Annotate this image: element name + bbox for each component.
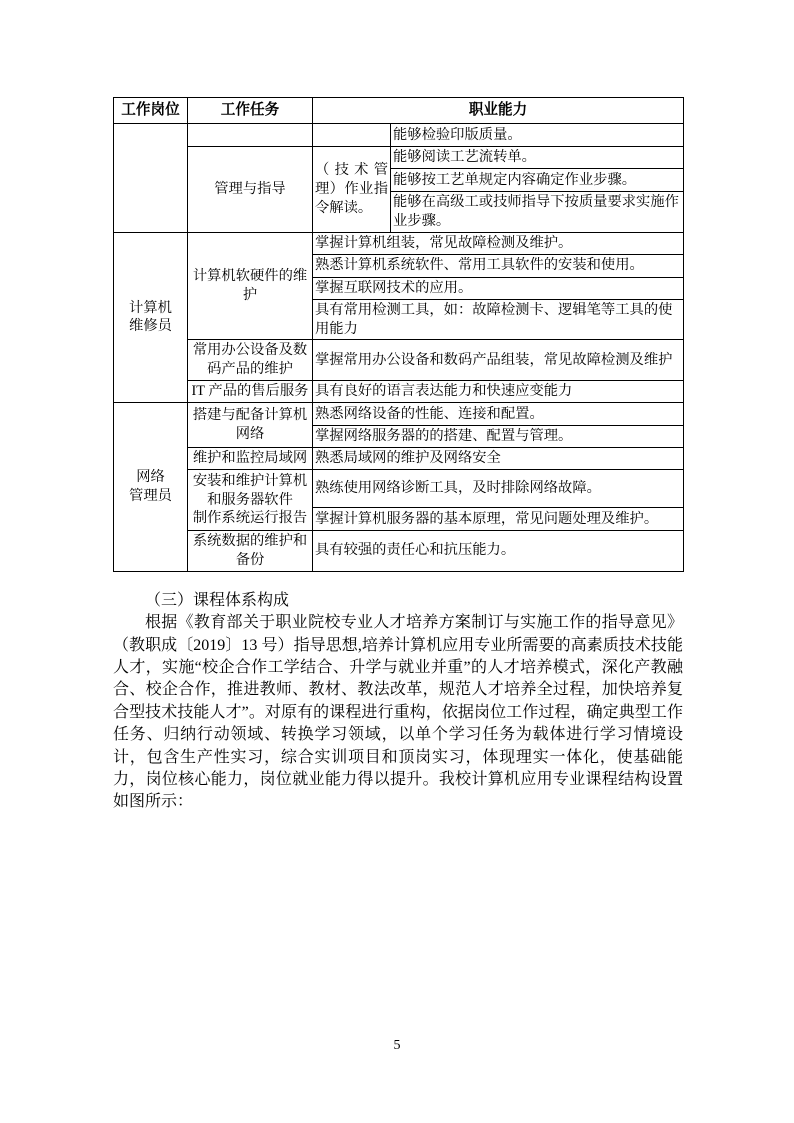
task-cell: 维护和监控局域网 [188,448,313,470]
task-cell: 系统数据的维护和备份 [188,531,313,572]
position-cell-network: 网络 管理员 [114,403,188,572]
table-row: 维护和监控局域网 熟悉局域网的维护及网络安全 [114,448,684,470]
ability-cell: 熟悉网络设备的性能、连接和配置。 [313,403,684,426]
ability-cell: 掌握互联网技术的应用。 [313,277,684,299]
table-header-row: 工作岗位 工作任务 职业能力 [114,98,684,124]
ability-cell: 具有良好的语言表达能力和快速应变能力 [313,381,684,403]
ability-cell: 熟悉局域网的维护及网络安全 [313,448,684,470]
task-cell: 管理与指导 [188,147,313,233]
ability-cell: 具有常用检测工具，如：故障检测卡、逻辑笔等工具的使用能力 [313,299,684,340]
table-row: 管理与指导 （技术管理）作业指令解读。 能够阅读工艺流转单。 [114,147,684,169]
table-row: 安装和维护计算机和服务器软件 制作系统运行报告 熟练使用网络诊断工具，及时排除网… [114,470,684,508]
header-ability: 职业能力 [313,98,684,124]
ability-cell: 掌握常用办公设备和数码产品组装，常见故障检测及维护 [313,340,684,381]
task-cell: 安装和维护计算机和服务器软件 制作系统运行报告 [188,470,313,531]
jobs-table: 工作岗位 工作任务 职业能力 能够检验印版质量。 管理与指导 （技术管理）作业指… [113,97,684,572]
table-row: 常用办公设备及数码产品的维护 掌握常用办公设备和数码产品组装，常见故障检测及维护 [114,340,684,381]
position-line: 维修员 [116,317,185,336]
task-line: 安装和维护计算机和服务器软件 [190,472,310,510]
ability-cell: 掌握计算机服务器的基本原理，常见问题处理及维护。 [313,508,684,531]
table-row: IT 产品的售后服务 具有良好的语言表达能力和快速应变能力 [114,381,684,403]
ability-cell: 能够按工艺单规定内容确定作业步骤。 [391,169,684,192]
header-position: 工作岗位 [114,98,188,124]
ability-cell: 熟悉计算机系统软件、常用工具软件的安装和使用。 [313,254,684,277]
table-row: 计算机 维修员 计算机软硬件的维护 掌握计算机组装，常见故障检测及维护。 [114,232,684,254]
ability-cell: 掌握计算机组装，常见故障检测及维护。 [313,232,684,254]
task-cell: IT 产品的售后服务 [188,381,313,403]
task-line: 制作系统运行报告 [190,509,310,528]
position-cell-empty [114,124,188,233]
body-paragraph: 根据《教育部关于职业院校专业人才培养方案制订与实施工作的指导意见》（教职成〔20… [113,612,683,814]
subtask-cell: （技术管理）作业指令解读。 [313,147,391,233]
task-cell: 计算机软硬件的维护 [188,232,313,340]
table-row: 能够检验印版质量。 [114,124,684,147]
task-cell: 常用办公设备及数码产品的维护 [188,340,313,381]
position-line: 计算机 [116,299,185,318]
position-line: 网络 [116,468,185,487]
ability-cell: 能够阅读工艺流转单。 [391,147,684,169]
task-cell: 搭建与配备计算机网络 [188,403,313,448]
page-number: 5 [0,1038,794,1054]
subtask-cell-empty [313,124,391,147]
position-cell-repair: 计算机 维修员 [114,232,188,402]
ability-cell: 具有较强的责任心和抗压能力。 [313,531,684,572]
section-heading: （三）课程体系构成 [113,590,683,612]
document-content: 工作岗位 工作任务 职业能力 能够检验印版质量。 管理与指导 （技术管理）作业指… [113,97,683,814]
table-row: 网络 管理员 搭建与配备计算机网络 熟悉网络设备的性能、连接和配置。 [114,403,684,426]
task-cell-empty [188,124,313,147]
ability-cell: 能够检验印版质量。 [391,124,684,147]
ability-cell: 能够在高级工或技师指导下按质量要求实施作业步骤。 [391,192,684,233]
table-row: 系统数据的维护和备份 具有较强的责任心和抗压能力。 [114,531,684,572]
header-task: 工作任务 [188,98,313,124]
ability-cell: 熟练使用网络诊断工具，及时排除网络故障。 [313,470,684,508]
position-line: 管理员 [116,487,185,506]
ability-cell: 掌握网络服务器的的搭建、配置与管理。 [313,426,684,448]
